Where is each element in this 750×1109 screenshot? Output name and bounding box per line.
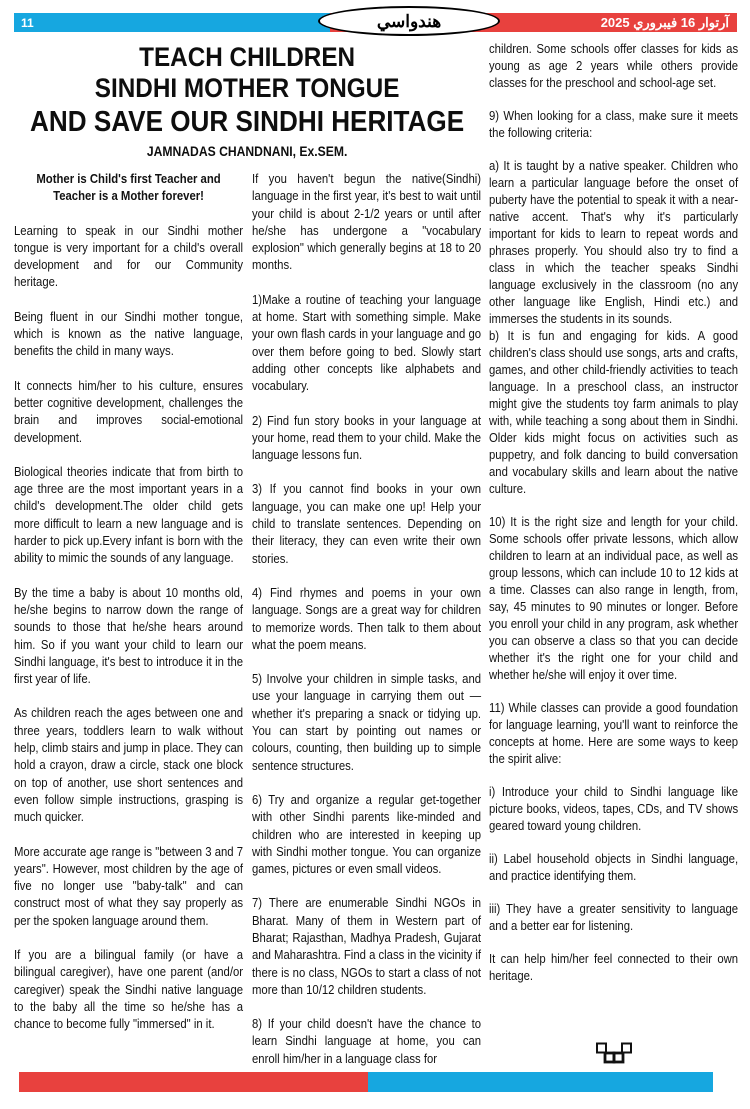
footer-blue-segment (368, 1072, 713, 1092)
article-paragraph: It can help him/her feel connected to th… (489, 950, 738, 984)
article-paragraph: 10) It is the right size and length for … (489, 513, 738, 683)
article-title-block: TEACH CHILDREN SINDHI MOTHER TONGUE AND … (14, 42, 480, 161)
article-title-line1: TEACH CHILDREN (14, 42, 480, 73)
article-paragraph: If you haven't begun the native(Sindhi) … (252, 170, 481, 274)
article-paragraph: b) It is fun and engaging for kids. A go… (489, 327, 738, 497)
article-byline: JAMNADAS CHANDNANI, Ex.SEM. (14, 142, 480, 161)
column-heading: Mother is Child's first Teacher and Teac… (14, 170, 243, 205)
newspaper-logo: هندواسي (318, 6, 500, 36)
article-paragraph: Biological theories indicate that from b… (14, 463, 243, 567)
page-number: 11 (14, 16, 34, 30)
article-paragraph: 3) If you cannot find books in your own … (252, 480, 481, 566)
article-paragraph: 6) Try and organize a regular get-togeth… (252, 791, 481, 877)
end-mark-icon (595, 1042, 633, 1064)
newspaper-logo-text: هندواسي (377, 13, 441, 30)
article-paragraph: Being fluent in our Sindhi mother tongue… (14, 308, 243, 360)
article-paragraph: 2) Find fun story books in your language… (252, 412, 481, 464)
article-paragraph: As children reach the ages between one a… (14, 704, 243, 825)
footer-red-segment (19, 1072, 368, 1092)
article-paragraph: 4) Find rhymes and poems in your own lan… (252, 584, 481, 653)
footer-bar (19, 1072, 713, 1092)
article-paragraph: 1)Make a routine of teaching your langua… (252, 291, 481, 395)
article-paragraph: Learning to speak in our Sindhi mother t… (14, 222, 243, 291)
article-title-line2: SINDHI MOTHER TONGUE (14, 73, 480, 104)
article-title-line3: AND SAVE OUR SINDHI HERITAGE (14, 104, 480, 141)
article-paragraph: 7) There are enumerable Sindhi NGOs in B… (252, 894, 481, 998)
article-paragraph: a) It is taught by a native speaker. Chi… (489, 157, 738, 327)
article-paragraph: It connects him/her to his culture, ensu… (14, 377, 243, 446)
article-paragraph: By the time a baby is about 10 months ol… (14, 584, 243, 688)
article-paragraph: 9) When looking for a class, make sure i… (489, 107, 738, 141)
article-end-mark (489, 1042, 738, 1069)
header-blue-segment: 11 (14, 13, 330, 32)
article-paragraph: 8) If your child doesn't have the chance… (252, 1015, 481, 1067)
article-paragraph: More accurate age range is "between 3 an… (14, 843, 243, 929)
article-paragraph: 11) While classes can provide a good fou… (489, 699, 738, 767)
article-column-2: If you haven't begun the native(Sindhi) … (252, 170, 481, 1084)
article-paragraph: ii) Label household objects in Sindhi la… (489, 850, 738, 884)
article-paragraph: iii) They have a greater sensitivity to … (489, 900, 738, 934)
article-paragraph: If you are a bilingual family (or have a… (14, 946, 243, 1032)
article-paragraph: 5) Involve your children in simple tasks… (252, 670, 481, 774)
article-column-3: children. Some schools offer classes for… (489, 40, 738, 1000)
newspaper-page: 11 آرتوار 16 فيبروري 2025 هندواسي TEACH … (0, 0, 750, 1109)
article-paragraph: children. Some schools offer classes for… (489, 40, 738, 91)
article-column-1: Mother is Child's first Teacher and Teac… (14, 170, 243, 1049)
issue-date: آرتوار 16 فيبروري 2025 (601, 15, 737, 31)
article-paragraph: i) Introduce your child to Sindhi langua… (489, 783, 738, 834)
